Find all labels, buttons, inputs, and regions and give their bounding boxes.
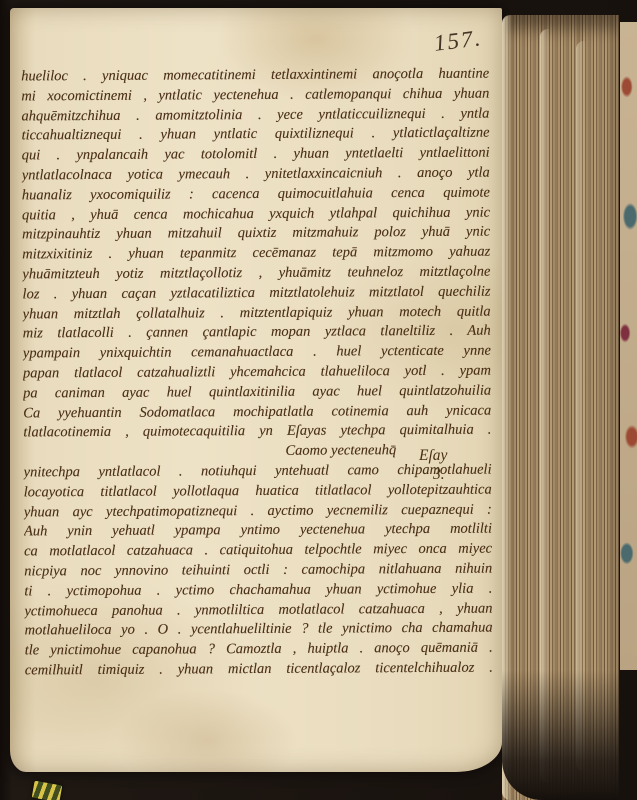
page-block-edge (576, 41, 586, 771)
folio-number: 157. (433, 25, 484, 57)
manuscript-line: pa caniman ayac huel quintlaxitinilia ay… (23, 381, 491, 404)
manuscript-line: hueliloc . yniquac momecatitinemi tetlax… (21, 65, 489, 88)
manuscript-line: loz . yhuan caçan yztlacatiliztica mitzt… (22, 282, 490, 305)
margin-note: Eſay 3. (419, 446, 479, 484)
margin-note-book: Eſay (419, 447, 447, 464)
manuscript-page: 157. hueliloc . yniquac momecatitinemi t… (10, 8, 502, 772)
bookmark-ribbon (32, 781, 63, 800)
manuscript-photo: 157. hueliloc . yniquac momecatitinemi t… (0, 0, 637, 800)
manuscript-line: papan tlatlacol catzahualiztli yhcemahci… (23, 362, 491, 385)
margin-note-chapter: 3. (419, 465, 479, 484)
manuscript-line: huanaliz yxocomiquiliz : cacenca quimocu… (22, 183, 490, 206)
manuscript-line: tle ynictimohue capanohua ? Camoztla , h… (25, 639, 493, 662)
manuscript-line: yntlatlacolnaca yotica ymecauh . ynitetl… (22, 164, 490, 187)
marbled-cover-edge (620, 22, 637, 670)
manuscript-line: tlatlacotinemia , quimotecaquitilia yn E… (23, 421, 491, 444)
manuscript-line: mi xocomictinemi , yntlatic yectenehua .… (21, 84, 489, 107)
manuscript-line: nicpiya noc ynnovino teihuinti octli : c… (24, 559, 492, 582)
manuscript-line: cemilhuitl timiquiz . yhuan mictlan tice… (25, 658, 493, 681)
book-fore-edge (502, 15, 619, 800)
manuscript-line: ca motlatlacol catzahuaca . catiquitohua… (24, 540, 492, 563)
fore-edge-shadow (502, 670, 619, 800)
manuscript-line: yhuāmitzteuh yotiz mitztlaçollotiz , yhu… (22, 263, 490, 286)
text-block: hueliloc . yniquac momecatitinemi tetlax… (21, 65, 493, 682)
manuscript-line: ti . yctimopohua . yctimo chachamahua yh… (24, 579, 492, 602)
